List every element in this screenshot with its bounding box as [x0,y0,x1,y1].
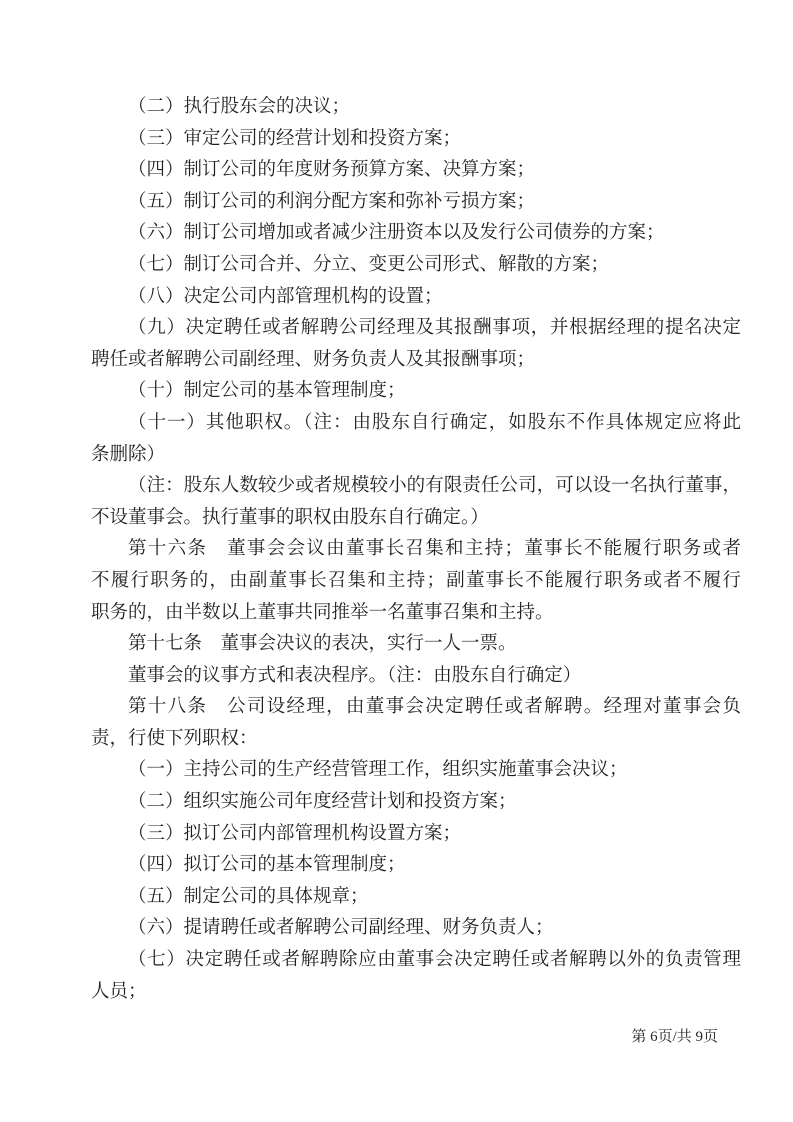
text-line: 董事会的议事方式和表决程序。（注：由股东自行确定） [91,659,741,691]
text-line: （四）制订公司的年度财务预算方案、决算方案； [91,153,741,185]
text-line: （七）决定聘任或者解聘除应由董事会决定聘任或者解聘以外的负责管理 [91,943,741,975]
text-line: （五）制定公司的具体规章； [91,880,741,912]
text-line: 第十八条 公司设经理，由董事会决定聘任或者解聘。经理对董事会负 [91,690,741,722]
text-line: 职务的，由半数以上董事共同推举一名董事召集和主持。 [91,596,741,628]
text-line: （七）制订公司合并、分立、变更公司形式、解散的方案； [91,248,741,280]
text-line: 条删除） [91,438,741,470]
document-body: （二）执行股东会的决议； （三）审定公司的经营计划和投资方案； （四）制订公司的… [91,90,741,1006]
text-line: （二）组织实施公司年度经营计划和投资方案； [91,785,741,817]
text-line: （八）决定公司内部管理机构的设置； [91,280,741,312]
text-line: （四）拟订公司的基本管理制度； [91,848,741,880]
text-line: 人员； [91,975,741,1007]
text-line: （注：股东人数较少或者规模较小的有限责任公司，可以设一名执行董事， [91,469,741,501]
document-page: （二）执行股东会的决议； （三）审定公司的经营计划和投资方案； （四）制订公司的… [0,0,793,1122]
text-line: 不设董事会。执行董事的职权由股东自行确定。） [91,501,741,533]
text-line: （十）制定公司的基本管理制度； [91,374,741,406]
text-line: （三）拟订公司内部管理机构设置方案； [91,817,741,849]
text-line: （九）决定聘任或者解聘公司经理及其报酬事项，并根据经理的提名决定 [91,311,741,343]
text-line: 不履行职务的，由副董事长召集和主持；副董事长不能履行职务或者不履行 [91,564,741,596]
text-line: （一）主持公司的生产经营管理工作，组织实施董事会决议； [91,753,741,785]
text-line: （十一）其他职权。（注：由股东自行确定，如股东不作具体规定应将此 [91,406,741,438]
text-line: （五）制订公司的利润分配方案和弥补亏损方案； [91,185,741,217]
text-line: 责，行使下列职权： [91,722,741,754]
text-line: 第十七条 董事会决议的表决，实行一人一票。 [91,627,741,659]
text-line: 聘任或者解聘公司副经理、财务负责人及其报酬事项； [91,343,741,375]
text-line: （二）执行股东会的决议； [91,90,741,122]
text-line: （六）制订公司增加或者减少注册资本以及发行公司债券的方案； [91,216,741,248]
text-line: （三）审定公司的经营计划和投资方案； [91,122,741,154]
page-number: 第 6页/共 9页 [631,1025,718,1046]
text-line: （六）提请聘任或者解聘公司副经理、财务负责人； [91,911,741,943]
text-line: 第十六条 董事会会议由董事长召集和主持；董事长不能履行职务或者 [91,532,741,564]
